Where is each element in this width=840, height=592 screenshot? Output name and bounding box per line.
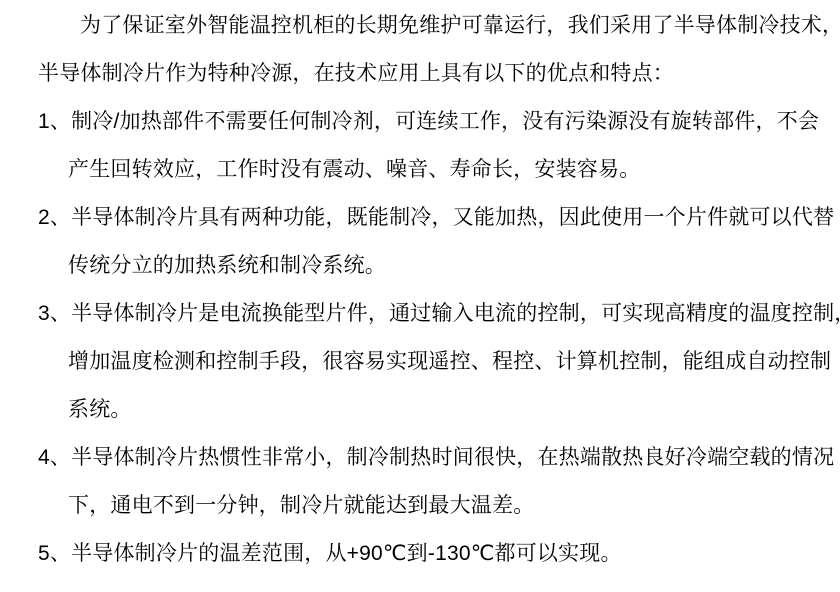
text-line: 传统分立的加热系统和制冷系统。 — [38, 242, 822, 290]
text-line: 系统。 — [38, 386, 822, 434]
text-line: 半导体制冷片作为特种冷源，在技术应用上具有以下的优点和特点： — [38, 50, 822, 98]
list-item-3: 3、半导体制冷片是电流换能型片件，通过输入电流的控制，可实现高精度的温度控制，增… — [38, 290, 822, 434]
list-item-1: 1、制冷/加热部件不需要任何制冷剂，可连续工作，没有污染源没有旋转部件，不会产生… — [38, 98, 822, 194]
text-line: 4、半导体制冷片热惯性非常小，制冷制热时间很快，在热端散热良好冷端空载的情况 — [38, 434, 822, 482]
document-body: 为了保证室外智能温控机柜的长期免维护可靠运行，我们采用了半导体制冷技术，半导体制… — [38, 2, 822, 578]
intro-paragraph: 为了保证室外智能温控机柜的长期免维护可靠运行，我们采用了半导体制冷技术，半导体制… — [38, 2, 822, 98]
list-item-5: 5、半导体制冷片的温差范围，从+90℃到-130℃都可以实现。 — [38, 530, 822, 578]
list-item-4: 4、半导体制冷片热惯性非常小，制冷制热时间很快，在热端散热良好冷端空载的情况下，… — [38, 434, 822, 530]
text-line: 3、半导体制冷片是电流换能型片件，通过输入电流的控制，可实现高精度的温度控制， — [38, 290, 822, 338]
text-line: 为了保证室外智能温控机柜的长期免维护可靠运行，我们采用了半导体制冷技术， — [38, 2, 822, 50]
text-line: 增加温度检测和控制手段，很容易实现遥控、程控、计算机控制，能组成自动控制 — [38, 338, 822, 386]
list-item-2: 2、半导体制冷片具有两种功能，既能制冷，又能加热，因此使用一个片件就可以代替传统… — [38, 194, 822, 290]
text-line: 5、半导体制冷片的温差范围，从+90℃到-130℃都可以实现。 — [38, 530, 822, 578]
text-line: 产生回转效应，工作时没有震动、噪音、寿命长，安装容易。 — [38, 146, 822, 194]
text-line: 下，通电不到一分钟，制冷片就能达到最大温差。 — [38, 482, 822, 530]
text-line: 2、半导体制冷片具有两种功能，既能制冷，又能加热，因此使用一个片件就可以代替 — [38, 194, 822, 242]
text-line: 1、制冷/加热部件不需要任何制冷剂，可连续工作，没有污染源没有旋转部件，不会 — [38, 98, 822, 146]
document-page: 为了保证室外智能温控机柜的长期免维护可靠运行，我们采用了半导体制冷技术，半导体制… — [0, 0, 840, 592]
